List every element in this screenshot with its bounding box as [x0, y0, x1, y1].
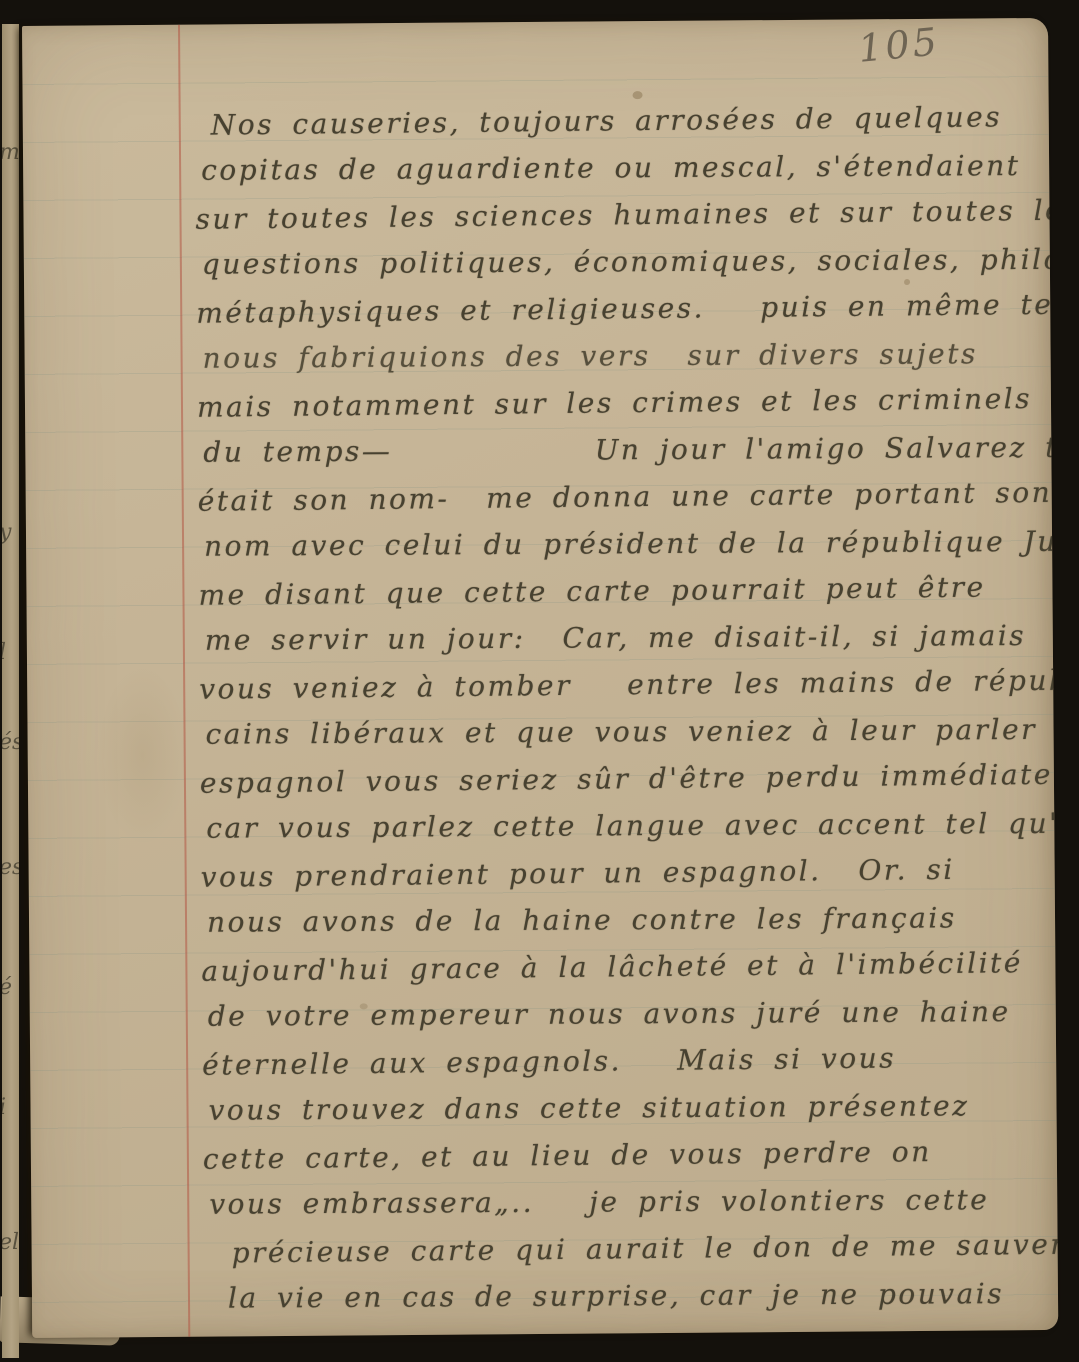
- manuscript-line: éternelle aux espagnols. Mais si vous: [198, 1033, 1052, 1089]
- manuscript-line: du temps— Un jour l'amigo Salvarez tel: [193, 424, 1047, 476]
- manuscript-line: espagnol vous seriez sûr d'être perdu im…: [196, 751, 1050, 807]
- manuscript-line: était son nom- me donna une carte portan…: [193, 469, 1047, 525]
- manuscript-line: de votre empereur nous avons juré une ha…: [198, 988, 1052, 1040]
- manuscript-line: cains libéraux et que vous veniez à leur…: [195, 706, 1049, 758]
- manuscript-line: nous fabriquions des vers sur divers suj…: [192, 330, 1046, 382]
- manuscript-line: vous embrassera„.. je pris volontiers ce…: [199, 1176, 1053, 1228]
- edge-ink-fragment: é: [2, 975, 19, 1000]
- manuscript-page: 105 Nos causeries, toujours arrosées de …: [22, 18, 1058, 1338]
- manuscript-line: aujourd'hui grace à la lâcheté et à l'im…: [197, 939, 1051, 995]
- manuscript-line: métaphysiques et religieuses. puis en mê…: [192, 281, 1046, 337]
- manuscript-line: précieuse carte qui aurait le don de me …: [199, 1221, 1053, 1277]
- manuscript-line: cette carte, et au lieu de vous perdre o…: [199, 1127, 1053, 1183]
- manuscript-line: nous avons de la haine contre les frança…: [197, 894, 1051, 946]
- red-margin-line: [178, 25, 190, 1337]
- manuscript-line: car vous parlez cette langue avec accent…: [196, 800, 1050, 852]
- manuscript-line: sur toutes les sciences humaines et sur …: [191, 187, 1045, 243]
- manuscript-line: vous veniez à tomber entre les mains de …: [195, 657, 1049, 713]
- edge-ink-fragment: és: [2, 730, 19, 755]
- manuscript-line: me disant que cette carte pourrait peut …: [194, 563, 1048, 619]
- manuscript-line: me servir un jour: Car, me disait-il, si…: [195, 612, 1049, 664]
- page-number: 105: [856, 19, 941, 71]
- paper-stain: [97, 665, 188, 846]
- manuscript-line: Nos causeries, toujours arrosées de quel…: [191, 93, 1045, 149]
- manuscript-line: vous prendraient pour un espagnol. Or. s…: [196, 845, 1050, 901]
- manuscript-line: vous trouvez dans cette situation présen…: [198, 1082, 1052, 1134]
- edge-ink-fragment: es: [2, 855, 19, 880]
- previous-page-edge: m y l és es é i el: [2, 24, 19, 1358]
- manuscript-line: la vie en cas de surprise, car je ne pou…: [200, 1270, 1054, 1322]
- manuscript-line: questions politiques, économiques, socia…: [192, 236, 1046, 288]
- manuscript-line: mais notamment sur les crimes et les cri…: [193, 375, 1047, 431]
- edge-ink-fragment: i: [2, 1095, 19, 1120]
- manuscript-line: copitas de aguardiente ou mescal, s'éten…: [191, 142, 1045, 194]
- edge-ink-fragment: el: [2, 1230, 19, 1255]
- edge-ink-fragment: y: [2, 520, 19, 545]
- manuscript-text: Nos causeries, toujours arrosées de quel…: [191, 94, 1055, 1323]
- edge-ink-fragment: l: [2, 640, 19, 665]
- manuscript-line: nom avec celui du président de la républ…: [194, 518, 1048, 570]
- edge-ink-fragment: m: [2, 140, 19, 165]
